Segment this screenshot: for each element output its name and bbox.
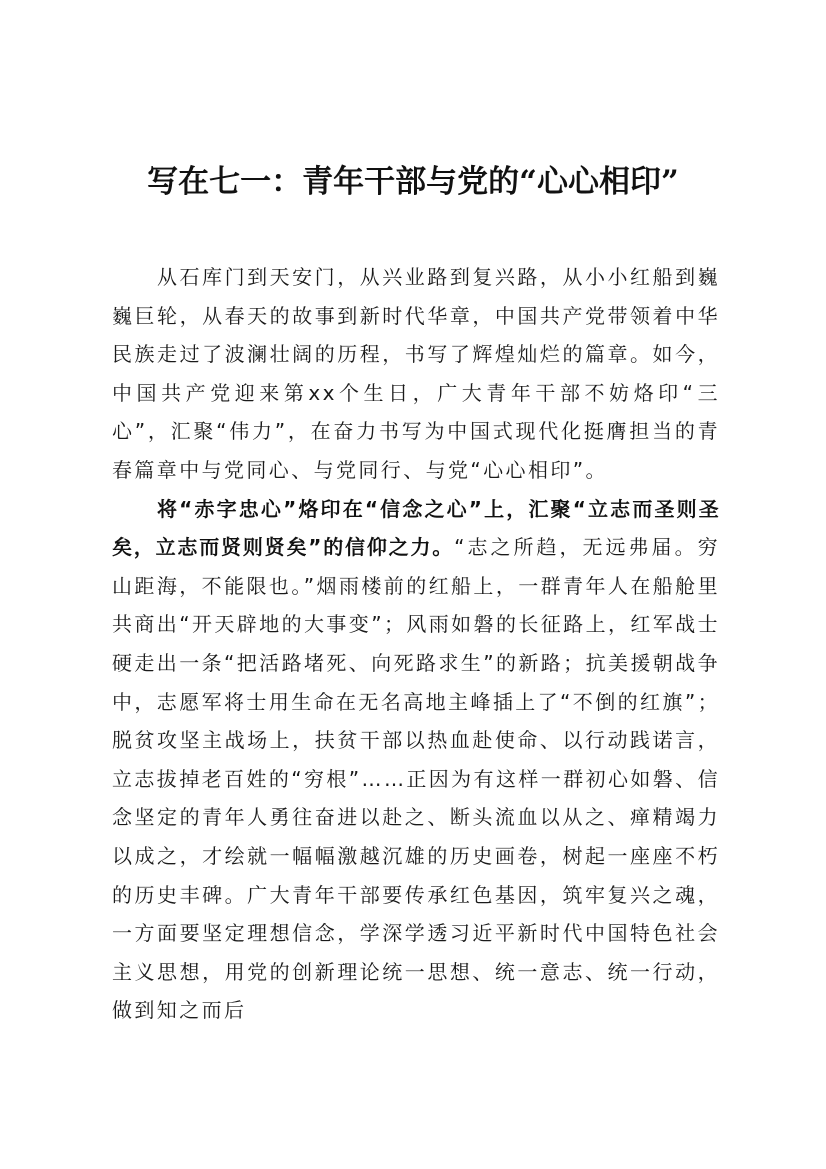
document-title: 写在七一：青年干部与党的“心心相印” <box>100 158 726 206</box>
document-page: 写在七一：青年干部与党的“心心相印” 从石库门到天安门，从兴业路到复兴路，从小小… <box>0 0 826 1169</box>
paragraph-text: “志之所趋，无远弗届。穷山距海，不能限也。”烟雨楼前的红船上，一群青年人在船舱里… <box>112 535 720 1022</box>
document-body: 从石库门到天安门，从兴业路到复兴路，从小小红船到巍巍巨轮，从春天的故事到新时代华… <box>112 258 720 1030</box>
paragraph-text: 从石库门到天安门，从兴业路到复兴路，从小小红船到巍巍巨轮，从春天的故事到新时代华… <box>112 265 720 482</box>
paragraph-section-1: 将“赤字忠心”烙印在“信念之心”上，汇聚“立志而圣则圣矣，立志而贤则贤矣”的信仰… <box>112 490 720 1030</box>
paragraph-intro: 从石库门到天安门，从兴业路到复兴路，从小小红船到巍巍巨轮，从春天的故事到新时代华… <box>112 258 720 490</box>
